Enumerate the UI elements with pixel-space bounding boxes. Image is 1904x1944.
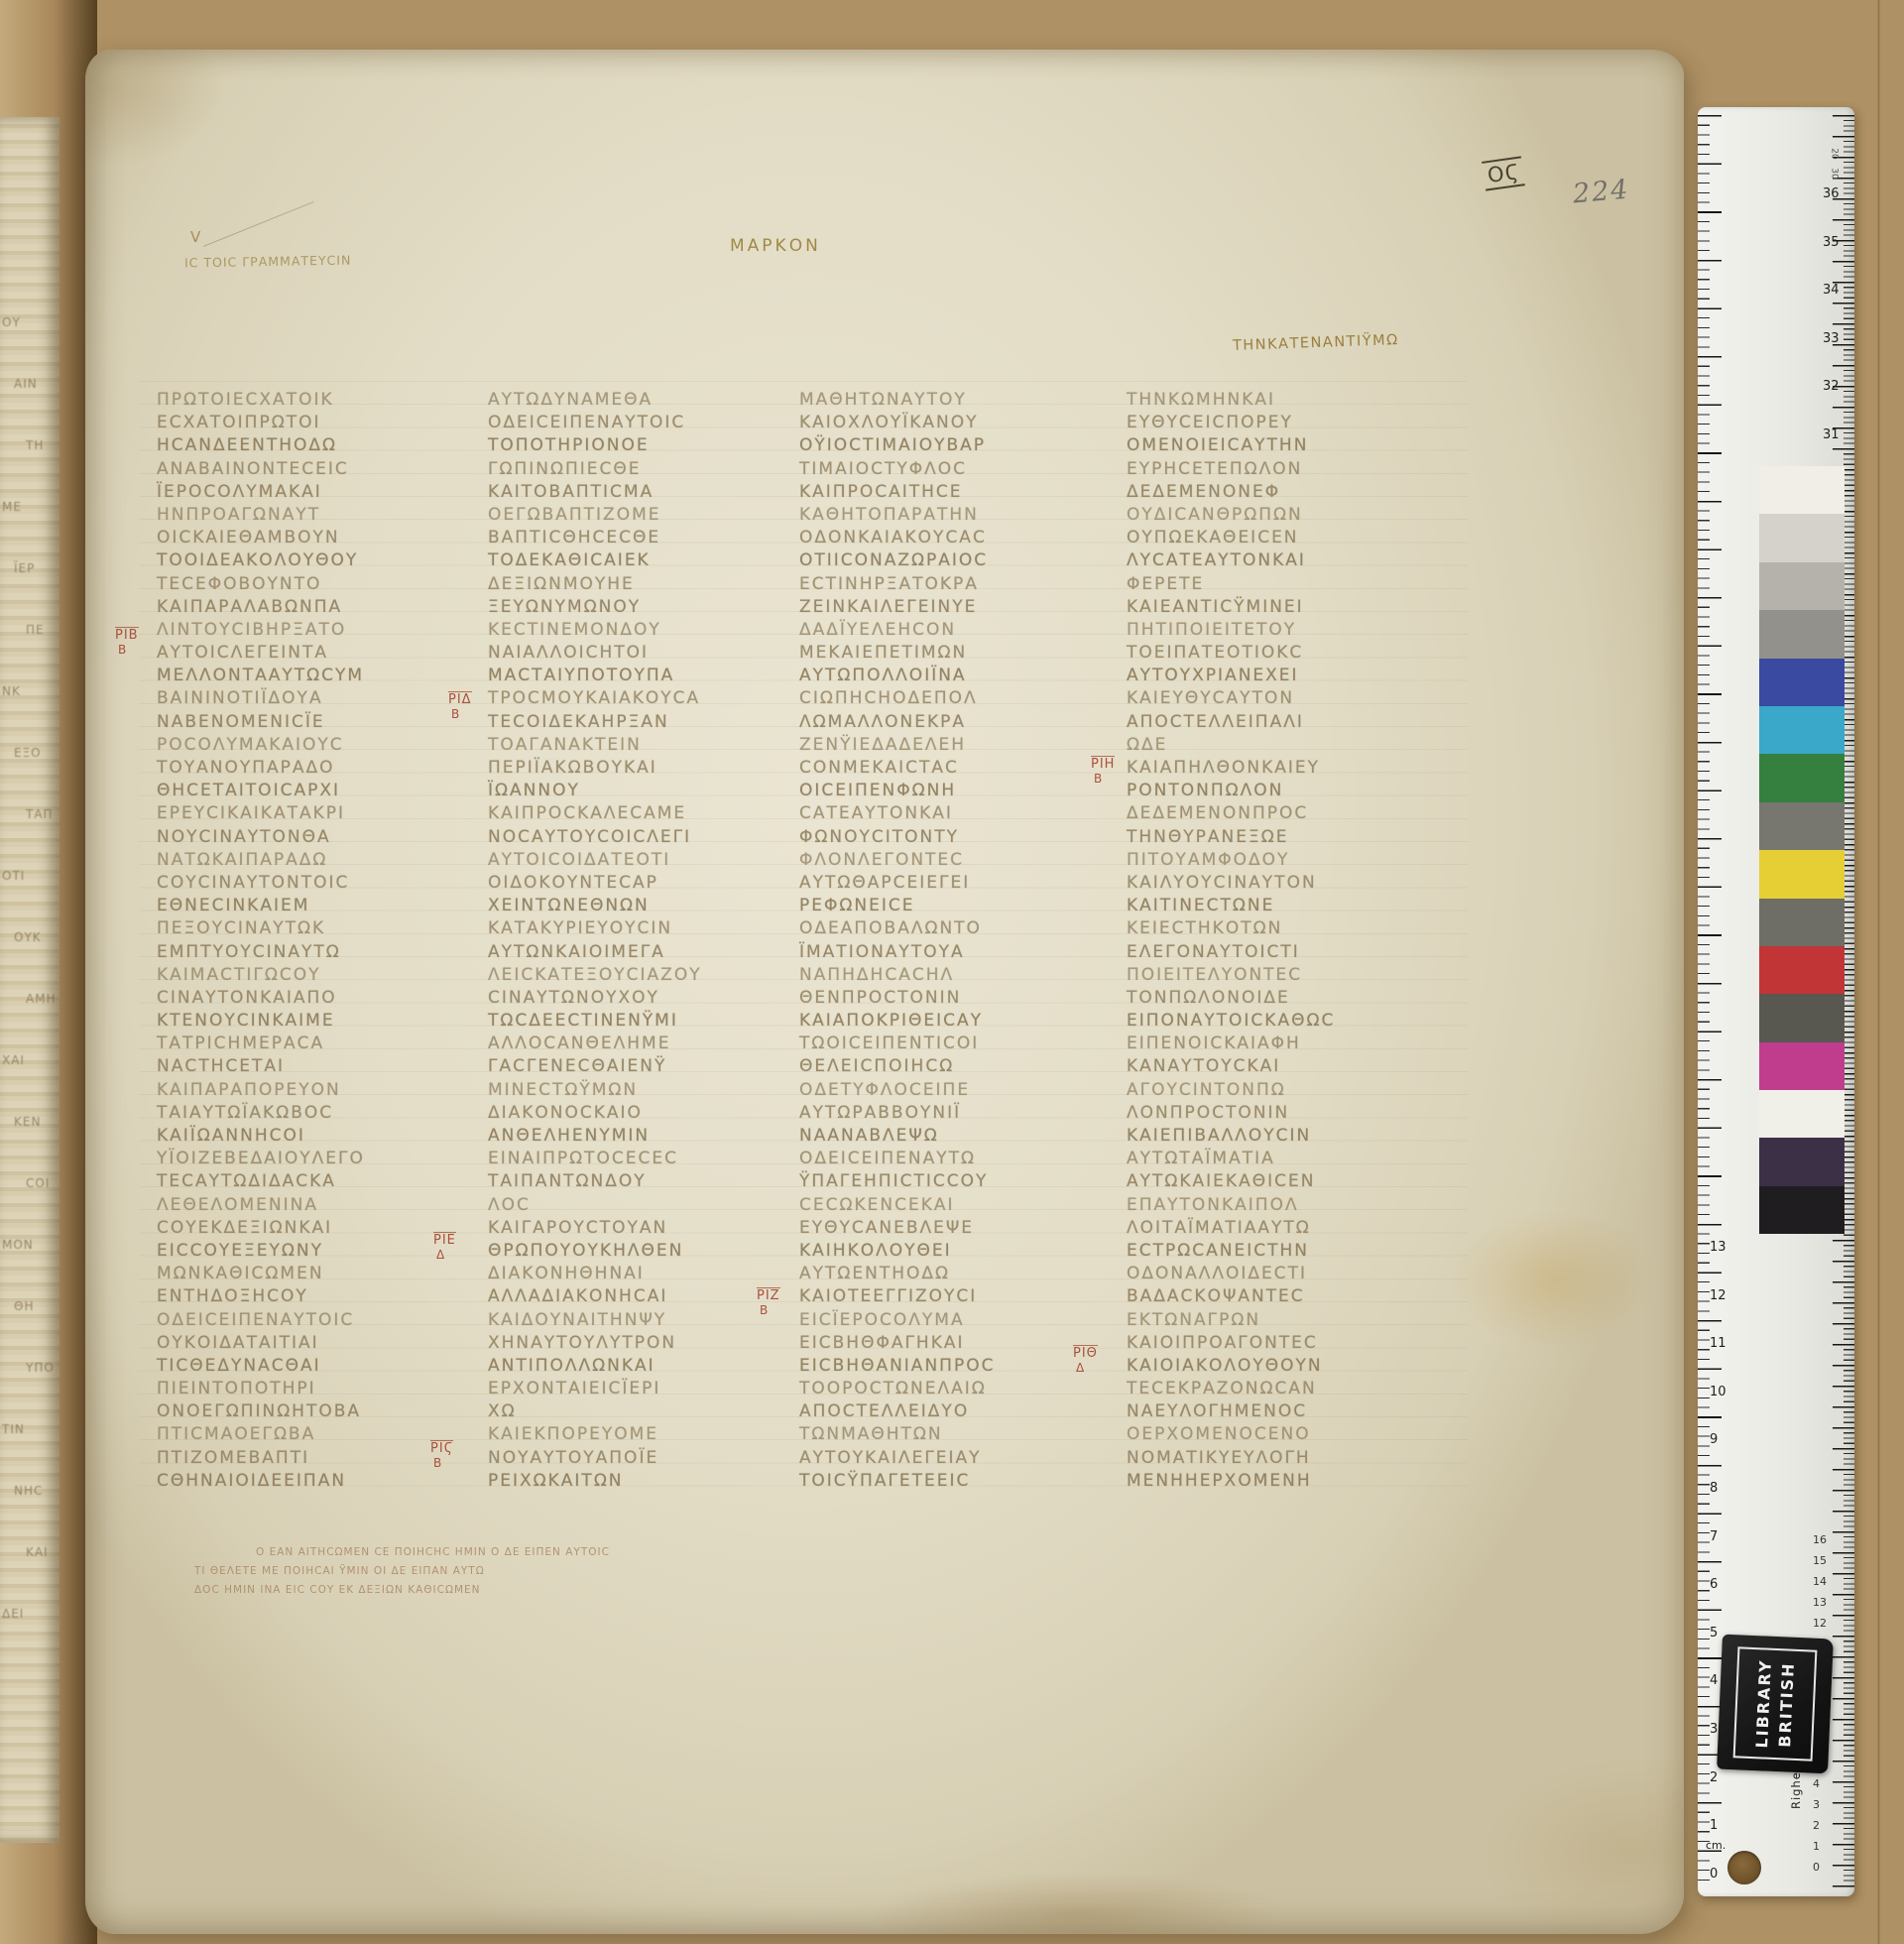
ruler-number: 33 [1823,331,1840,346]
text-line: ΖΕΝΫΙΕΔΑΔΕΛΕΗ [799,734,1115,757]
text-line: ΗΝΠΡΟΑΓΩΝΑΥΤ [157,504,472,527]
showthrough-fragment: ΜΕ [2,500,22,514]
text-line: ΕΡΕΥϹΙΚΑΙΚΑΤΑΚΡΙ [157,802,472,825]
text-line: ΒΑΙΝΙΝΟΤΙΪΔΟΥΑ [157,687,472,710]
text-line: ΤΗΝΘΥΡΑΝΕΞΩΕ [1127,826,1442,849]
text-line: ΘΕΝΠΡΟϹΤΟΝΙΝ [799,987,1115,1010]
color-patch-13 [1759,1090,1844,1138]
text-line: ΥΪΟΙΖΕΒΕΔΑΙΟΥΛΕΓΟ [157,1148,472,1170]
text-line: ΚΑΙΤΟΒΑΠΤΙϹΜΑ [488,481,803,504]
text-line: ΔΕΔΕΜΕΝΟΝΕΦ [1127,481,1442,504]
text-line: ΤΟΥΑΝΟΥΠΑΡΑΔΟ [157,757,472,780]
text-line: ΑΥΤΟΥΚΑΙΛΕΓΕΙΑΥ [799,1447,1115,1470]
text-line: ΦΩΝΟΥϹΙΤΟΝΤΥ [799,826,1115,849]
text-line: ΚΑΤΑΚΥΡΙΕΥΟΥϹΙΝ [488,917,803,940]
text-line: ΚΑΙΟΤΕΕΓΓΙΖΟΥϹΙ [799,1285,1115,1308]
text-line: ΤΑΙΑΥΤΩΪΑΚΩΒΟϹ [157,1102,472,1125]
text-line: ΕΚΤΩΝΑΓΡΩΝ [1127,1309,1442,1332]
text-line: ΤΡΟϹΜΟΥΚΑΙΑΚΟΥϹΑ [488,687,803,710]
showthrough-fragment: ΟΥΚ [14,930,42,944]
text-line: ΟΜΕΝΟΙΕΙϹΑΥΤΗΝ [1127,434,1442,457]
text-line: ΡΕΙΧΩΚΑΙΤΩΝ [488,1470,803,1493]
text-line: ΝΑΠΗΔΗϹΑϹΗΛ [799,964,1115,987]
text-line: ΤΕϹΟΙΔΕΚΑΗΡΞΑΝ [488,711,803,734]
text-line: ΚΑΙΕΠΙΒΑΛΛΟΥϹΙΝ [1127,1125,1442,1148]
text-line: ΑΥΤΩΠΟΛΛΟΙΪΝΑ [799,665,1115,687]
text-line: ϹΟΥΕΚΔΕΞΙΩΝΚΑΙ [157,1217,472,1240]
text-line: ΛΟΝΠΡΟϹΤΟΝΙΝ [1127,1102,1442,1125]
text-line: ΕΘΝΕϹΙΝΚΑΙΕΜ [157,895,472,917]
text-line: ΚΑΙΟΧΛΟΥΪΚΑΝΟΥ [799,412,1115,434]
ruler-number: 30 [1830,168,1840,179]
ruler-number: 1 [1710,1818,1718,1833]
text-line: ΚΑΙΠΡΟϹΚΑΛΕϹΑΜΕ [488,802,803,825]
text-line: ΟΕΓΩΒΑΠΤΙΖΟΜΕ [488,504,803,527]
text-line: ΜΕΚΑΙΕΠΕΤΙΜΩΝ [799,642,1115,665]
text-line: ΪΜΑΤΙΟΝΑΥΤΟΥΑ [799,941,1115,964]
ruler-number: 3 [1710,1722,1718,1737]
color-patch-0 [1759,466,1844,514]
text-line: ΑΥΤΩΡΑΒΒΟΥΝΙΪ [799,1102,1115,1125]
text-line: ΚΑΙΑΠΗΛΘΟΝΚΑΙΕΥ [1127,757,1442,780]
ruler-number: 12 [1710,1288,1726,1303]
ruler-number: 32 [1823,379,1840,394]
background-crease [1877,0,1880,1944]
text-line: ΤΗΝΚΩΜΗΝΚΑΙ [1127,389,1442,412]
text-line: ΑΛΛΟϹΑΝΘΕΛΗΜΕ [488,1033,803,1055]
text-line: ΑΝΑΒΑΙΝΟΝΤΕϹΕΙϹ [157,458,472,481]
ruler-number: 2 [1813,1819,1820,1832]
ruler-number: 10 [1710,1385,1726,1399]
text-line: ΜΑΘΗΤΩΝΑΥΤΟΥ [799,389,1115,412]
ruler-number: 15 [1813,1554,1827,1567]
ruler-number: 6 [1710,1577,1718,1592]
showthrough-fragment: ΧΑΙ [2,1053,25,1067]
text-line: ΤΙΜΑΙΟϹΤΥΦΛΟϹ [799,458,1115,481]
text-line: ΠΤΙΖΟΜΕΒΑΠΤΙ [157,1447,472,1470]
book-gutter: ΟΥΑΙΝΤΗΜΕΪΕΡΠΕΝΚΕΞΟΤΑΠΟΤΙΟΥΚΑΜΗΧΑΙΚΕΝϹΟΙ… [0,0,97,1944]
text-line: ΤΟΙϹΫΠΑΓΕΤΕΕΙϹ [799,1470,1115,1493]
text-line: ΝΟϹΑΥΤΟΥϹΟΙϹΛΕΓΙ [488,826,803,849]
ruler-number: 4 [1813,1777,1820,1790]
top-left-marginal-note: ΙϹ ΤΟΙϹ ΓΡΑΜΜΑΤΕΥϹΙΝ [184,253,352,271]
text-line: ΤΙϹΘΕΔΥΝΑϹΘΑΙ [157,1355,472,1378]
text-line: ΦΕΡΕΤΕ [1127,573,1442,596]
text-line: ΕΛΕΓΟΝΑΥΤΟΙϹΤΙ [1127,941,1442,964]
text-line: ϹΙΝΑΥΤΩΝΟΥΧΟΥ [488,987,803,1010]
text-line: ΒΑΔΑϹΚΟΨΑΝΤΕϹ [1127,1285,1442,1308]
color-patch-12 [1759,1042,1844,1090]
text-line: ΤΟΟΙΔΕΑΚΟΛΟΥΘΟΥ [157,549,472,572]
text-line: ΪΕΡΟϹΟΛΥΜΑΚΑΙ [157,481,472,504]
text-line: ΝΑΕΥΛΟΓΗΜΕΝΟϹ [1127,1400,1442,1423]
text-line: ΟΙϹΕΙΠΕΝΦΩΝΗ [799,780,1115,802]
bottom-corrector-note: Ο ΕΑΝ ΑΙΤΗϹΩΜΕΝ ϹΕ ΠΟΙΗϹΗϹ ΗΜΙΝ Ο ΔΕ ΕΙΠ… [194,1543,610,1600]
showthrough-fragment: ΟΥ [2,315,21,329]
section-mark-114: ΡΙΔΒ [448,691,472,721]
showthrough-fragment: ΔΕΙ [2,1607,24,1621]
text-line: ϹΙΝΑΥΤΟΝΚΑΙΑΠΟ [157,987,472,1010]
ruler-number: 35 [1823,235,1840,250]
manuscript-photo: ΟΥΑΙΝΤΗΜΕΪΕΡΠΕΝΚΕΞΟΤΑΠΟΤΙΟΥΚΑΜΗΧΑΙΚΕΝϹΟΙ… [0,0,1904,1944]
text-line: ΑΝΘΕΛΗΕΝΥΜΙΝ [488,1125,803,1148]
text-line: ΜΑϹΤΑΙΥΠΟΤΟΥΠΑ [488,665,803,687]
text-line: ΟΔΟΝΑΛΛΟΙΔΕϹΤΙ [1127,1263,1442,1285]
text-line: ϹΕϹΩΚΕΝϹΕΚΑΙ [799,1194,1115,1217]
ruler-number: 0 [1710,1867,1718,1882]
text-line: ΚΑΙΕΚΠΟΡΕΥΟΜΕ [488,1423,803,1446]
showthrough-fragment: ΜΟΝ [2,1238,34,1252]
british-library-label: LIBRARY BRITISH [1733,1646,1818,1761]
text-line: ΛΥϹΑΤΕΑΥΤΟΝΚΑΙ [1127,549,1442,572]
ruler-number: 7 [1710,1529,1718,1544]
text-line: ΝΑΒΕΝΟΜΕΝΙϹΪΕ [157,711,472,734]
text-line: ΚΑΙΟΙΑΚΟΛΟΥΘΟΥΝ [1127,1355,1442,1378]
showthrough-fragment: ΤΗ [26,438,44,452]
text-line: ΑΥΤΩΘΑΡϹΕΙΕΓΕΙ [799,872,1115,895]
text-line: ΔΕΞΙΩΝΜΟΥΗΕ [488,573,803,596]
text-line: ΔΙΑΚΟΝΟϹΚΑΙΟ [488,1102,803,1125]
text-line: ΚΑΙΓΑΡΟΥϹΤΟΥΑΝ [488,1217,803,1240]
text-line: ΑΥΤΩΤΑΪΜΑΤΙΑ [1127,1148,1442,1170]
text-line: ΕΥΘΥϹΕΙϹΠΟΡΕΥ [1127,412,1442,434]
text-line: ΟΙΔΟΚΟΥΝΤΕϹΑΡ [488,872,803,895]
showthrough-fragment: ΪΕΡ [14,561,35,575]
text-line: ΚΑΙΕΥΘΥϹΑΥΤΟΝ [1127,687,1442,710]
text-line: ΠΗΤΙΠΟΙΕΙΤΕΤΟΥ [1127,619,1442,642]
showthrough-fragment: ΕΞΟ [14,746,42,760]
text-line: ΝΑΙΑΛΛΟΙϹΗΤΟΙ [488,642,803,665]
text-line: ΟΕΡΧΟΜΕΝΟϹΕΝΟ [1127,1423,1442,1446]
text-line: ΚΑΙΤΙΝΕϹΤΩΝΕ [1127,895,1442,917]
showthrough-fragment: ΤΙΝ [2,1422,25,1436]
showthrough-fragment: ΥΠΟ [26,1361,55,1375]
showthrough-fragment: ΑΜΗ [26,992,57,1006]
showthrough-fragment: ΝΗϹ [14,1484,43,1498]
color-patch-7 [1759,802,1844,850]
section-mark-119: ΡΙΘΔ [1073,1345,1098,1375]
text-line: ΝΑΑΝΑΒΛΕΨΩ [799,1125,1115,1148]
ruler-number: 4 [1710,1673,1718,1688]
section-mark-115: ΡΙΕΔ [433,1232,456,1262]
text-line: ΤΑΙΠΑΝΤΩΝΔΟΥ [488,1170,803,1193]
text-line: ΔΑΔΪΥΕΛΕΗϹΟΝ [799,619,1115,642]
text-line: ΕΙΝΑΙΠΡΩΤΟϹΕϹΕϹ [488,1148,803,1170]
text-line: ΘΡΩΠΟΥΟΥΚΗΛΘΕΝ [488,1240,803,1263]
section-mark-116: ΡΙϚΒ [430,1440,453,1470]
text-line: ΕΙϹϹΟΥΕΞΕΥΩΝΥ [157,1240,472,1263]
text-line: ΫΠΑΓΕΗΠΙϹΤΙϹϹΟΥ [799,1170,1115,1193]
text-line: ϹΑΤΕΑΥΤΟΝΚΑΙ [799,802,1115,825]
text-line: ΤΕϹΕΚΡΑΖΟΝΩϹΑΝ [1127,1378,1442,1400]
text-line: ΕΙϹΒΗΘΦΑΓΗΚΑΙ [799,1332,1115,1355]
corrector-line: Ο ΕΑΝ ΑΙΤΗϹΩΜΕΝ ϹΕ ΠΟΙΗϹΗϹ ΗΜΙΝ Ο ΔΕ ΕΙΠ… [256,1543,610,1562]
text-line: ΑΥΤΩΚΑΙΕΚΑΘΙϹΕΝ [1127,1170,1442,1193]
text-line: ΒΑΠΤΙϹΘΗϹΕϹΘΕ [488,527,803,549]
text-line: ΤΟΑΓΑΝΑΚΤΕΙΝ [488,734,803,757]
text-column-4: ΤΗΝΚΩΜΗΝΚΑΙΕΥΘΥϹΕΙϹΠΟΡΕΥΟΜΕΝΟΙΕΙϹΑΥΤΗΝΕΥ… [1127,389,1442,1493]
text-line: ΟΔΕΑΠΟΒΑΛΩΝΤΟ [799,917,1115,940]
text-line: ΠΙΤΟΥΑΜΦΟΔΟΥ [1127,849,1442,872]
text-line: ΑΥΤΩΝΚΑΙΟΙΜΕΓΑ [488,941,803,964]
text-line: ΕΙΠΕΝΟΙϹΚΑΙΑΦΗ [1127,1033,1442,1055]
text-line: ΚΤΕΝΟΥϹΙΝΚΑΙΜΕ [157,1010,472,1033]
running-title: ΜΑΡΚΟΝ [730,236,821,256]
text-line: ΛΟϹ [488,1194,803,1217]
text-line: ΖΕΙΝΚΑΙΛΕΓΕΙΝΥΕ [799,596,1115,619]
text-line: ΕΡΧΟΝΤΑΙΕΙϹΪΕΡΙ [488,1378,803,1400]
text-column-2: ΑΥΤΩΔΥΝΑΜΕΘΑΟΔΕΙϹΕΙΠΕΝΑΥΤΟΙϹΤΟΠΟΤΗΡΙΟΝΟΕ… [488,389,803,1493]
color-patch-11 [1759,994,1844,1041]
text-line: ΓΩΠΙΝΩΠΙΕϹΘΕ [488,458,803,481]
text-line: ΑΥΤΟΙϹΛΕΓΕΙΝΤΑ [157,642,472,665]
showthrough-fragment: ΝΚ [2,684,21,698]
text-line: ΚΑΙΠΡΟϹΑΙΤΗϹΕ [799,481,1115,504]
text-line: ΩΔΕ [1127,734,1442,757]
text-line: ΟΙϹΚΑΙΕΘΑΜΒΟΥΝ [157,527,472,549]
text-line: ΛΟΙΤΑΪΜΑΤΙΑΑΥΤΩ [1127,1217,1442,1240]
showthrough-fragment: ΘΗ [14,1299,34,1313]
text-line: ΚΑΙΠΑΡΑΠΟΡΕΥΟΝ [157,1079,472,1102]
text-line: ΧΕΙΝΤΩΝΕΘΝΩΝ [488,895,803,917]
color-patch-14 [1759,1138,1844,1185]
text-line: ΚΑΙΛΥΟΥϹΙΝΑΥΤΟΝ [1127,872,1442,895]
text-line: ΚΑΘΗΤΟΠΑΡΑΤΗΝ [799,504,1115,527]
corrector-line: ΤΙ ΘΕΛΕΤΕ ΜΕ ΠΟΙΗϹΑΙ ΫΜΙΝ ΟΙ ΔΕ ΕΙΠΑΝ ΑΥ… [194,1562,610,1581]
text-line: ΠΟΙΕΙΤΕΛΥΟΝΤΕϹ [1127,964,1442,987]
text-line: ΕϹΧΑΤΟΙΠΡΩΤΟΙ [157,412,472,434]
showthrough-fragment: ΚΑΙ [26,1545,49,1559]
text-line: ΘΕΛΕΙϹΠΟΙΗϹΩ [799,1055,1115,1078]
text-line: ΔΙΑΚΟΝΗΘΗΝΑΙ [488,1263,803,1285]
text-line: ΟΔΕΙϹΕΙΠΕΝΑΥΤΟΙϹ [157,1309,472,1332]
text-line: ϹΙΩΠΗϹΗΟΔΕΠΟΛ [799,687,1115,710]
text-line: ΛΩΜΑΛΛΟΝΕΚΡΑ [799,711,1115,734]
text-line: ΤΑΤΡΙϹΗΜΕΡΑϹΑ [157,1033,472,1055]
text-line: ΦΛΟΝΛΕΓΟΝΤΕϹ [799,849,1115,872]
text-line: ΠΤΙϹΜΑΟΕΓΩΒΑ [157,1423,472,1446]
cm-unit-label: cm. [1706,1839,1725,1852]
text-line: ΔΕΔΕΜΕΝΟΝΠΡΟϹ [1127,802,1442,825]
text-line: ΠΕΡΙΪΑΚΩΒΟΥΚΑΙ [488,757,803,780]
text-line: ΕΥΡΗϹΕΤΕΠΩΛΟΝ [1127,458,1442,481]
text-line: ΤΩΝΜΑΘΗΤΩΝ [799,1423,1115,1446]
text-line: ΜΕΝΗΗΕΡΧΟΜΕΝΗ [1127,1470,1442,1493]
text-line: ΑΥΤΩΕΝΤΗΟΔΩ [799,1263,1115,1285]
text-line: ΑΥΤΩΔΥΝΑΜΕΘΑ [488,389,803,412]
text-line: ΚΑΙΠΑΡΑΛΑΒΩΝΠΑ [157,596,472,619]
text-line: ΚΕϹΤΙΝΕΜΟΝΔΟΥ [488,619,803,642]
text-line: ΟΥΔΙϹΑΝΘΡΩΠΩΝ [1127,504,1442,527]
color-patch-6 [1759,754,1844,801]
text-line: ΟΫΙΟϹΤΙΜΑΙΟΥΒΑΡ [799,434,1115,457]
text-line: ΑΠΟϹΤΕΛΛΕΙΠΑΛΙ [1127,711,1442,734]
color-calibration-chart [1759,466,1844,1234]
text-line: ΚΑΙΕΑΝΤΙϹΫΜΙΝΕΙ [1127,596,1442,619]
cm-tick-scale [1698,115,1724,1888]
text-line: ΟΔΕΙϹΕΙΠΕΝΑΥΤΩ [799,1148,1115,1170]
ruler-number: 20 [1830,148,1840,159]
text-line: ΛΕΙϹΚΑΤΕΞΟΥϹΙΑΖΟΥ [488,964,803,987]
text-line: ΝΑϹΤΗϹΕΤΑΙ [157,1055,472,1078]
corrector-line: ΔΟϹ ΗΜΙΝ ΙΝΑ ΕΙϹ ϹΟΥ ΕΚ ΔΕΞΙΩΝ ΚΑΘΙϹΩΜΕΝ [194,1581,610,1600]
color-patch-4 [1759,659,1844,706]
text-line: ΠΙΕΙΝΤΟΠΟΤΗΡΙ [157,1378,472,1400]
text-line: ΟΝΟΕΓΩΠΙΝΩΗΤΟΒΑ [157,1400,472,1423]
text-line: ΟΔΕΤΥΦΛΟϹΕΙΠΕ [799,1079,1115,1102]
ruler-hole [1727,1851,1761,1884]
facing-page-edge: ΟΥΑΙΝΤΗΜΕΪΕΡΠΕΝΚΕΞΟΤΑΠΟΤΙΟΥΚΑΜΗΧΑΙΚΕΝϹΟΙ… [0,117,59,1843]
section-mark-112: ΡΙΒΒ [115,627,139,657]
corrector-check-mark: V [190,228,200,246]
text-line: ΑΠΟϹΤΕΛΛΕΙΔΥΟ [799,1400,1115,1423]
text-line: ΑΥΤΟΙϹΟΙΔΑΤΕΟΤΙ [488,849,803,872]
ruler-number: 13 [1813,1596,1827,1609]
text-line: ΕΙΠΟΝΑΥΤΟΙϹΚΑΘΩϹ [1127,1010,1442,1033]
color-patch-9 [1759,899,1844,946]
ruler-number: 1 [1813,1840,1820,1853]
text-line: ΤΟΝΠΩΛΟΝΟΙΔΕ [1127,987,1442,1010]
text-line: ΤΩΟΙϹΕΙΠΕΝΤΙϹΟΙ [799,1033,1115,1055]
text-line: ΕΙϹΒΗΘΑΝΙΑΝΠΡΟϹ [799,1355,1115,1378]
text-line: ΟΤΙΙϹΟΝΑΖΩΡΑΙΟϹ [799,549,1115,572]
reference-ruler: 3635343332313029281312111098765432100123… [1698,107,1854,1896]
section-mark-118: ΡΙΗΒ [1091,756,1115,786]
text-line: ΝΑΤΩΚΑΙΠΑΡΑΔΩ [157,849,472,872]
ruler-number: 14 [1813,1575,1827,1588]
library-word: LIBRARY [1752,1658,1775,1749]
text-line: ΚΑΙΗΚΟΛΟΥΘΕΙ [799,1240,1115,1263]
text-line: ΛΙΝΤΟΥϹΙΒΗΡΞΑΤΟ [157,619,472,642]
ruler-number: 16 [1813,1533,1827,1546]
showthrough-fragment: ΟΤΙ [2,869,25,883]
text-line: ΑΓΟΥϹΙΝΤΟΝΠΩ [1127,1079,1442,1102]
quire-signature: ΟϚ [1482,156,1525,190]
ruler-number: 5 [1710,1626,1718,1640]
text-line: ΠΕΞΟΥϹΙΝΑΥΤΩΚ [157,917,472,940]
text-line: ΚΕΙΕϹΤΗΚΟΤΩΝ [1127,917,1442,940]
text-line: ΑΥΤΟΥΧΡΙΑΝΕΧΕΙ [1127,665,1442,687]
ruler-number: 0 [1813,1861,1820,1874]
ruler-number: 2 [1710,1770,1718,1785]
showthrough-fragment: ΠΕ [26,623,45,637]
color-patch-5 [1759,706,1844,754]
text-line: ΡΕΦΩΝΕΙϹΕ [799,895,1115,917]
text-line: ΚΑΝΑΥΤΟΥϹΚΑΙ [1127,1055,1442,1078]
text-line: ΝΟΥϹΙΝΑΥΤΟΝΘΑ [157,826,472,849]
british-library-tab: LIBRARY BRITISH [1717,1635,1834,1774]
text-line: ΜΩΝΚΑΘΙϹΩΜΕΝ [157,1263,472,1285]
showthrough-fragment: ΤΑΠ [26,807,54,821]
text-line: ΚΑΙΜΑϹΤΙΓΩϹΟΥ [157,964,472,987]
text-line: ϹΟΥϹΙΝΑΥΤΟΝΤΟΙϹ [157,872,472,895]
text-line: ΟΔΟΝΚΑΙΑΚΟΥϹΑϹ [799,527,1115,549]
color-patch-3 [1759,610,1844,658]
showthrough-fragment: ϹΟΙ [26,1176,50,1190]
text-line: ΚΑΙΪΩΑΝΝΗϹΟΙ [157,1125,472,1148]
text-line: ΜΙΝΕϹΤΩΫΜΩΝ [488,1079,803,1102]
text-line: ΤΕϹΑΥΤΩΔΙΔΑϹΚΑ [157,1170,472,1193]
text-line: ΝΟΜΑΤΙΚΥΕΥΛΟΓΗ [1127,1447,1442,1470]
text-line: ΕΜΠΤΥΟΥϹΙΝΑΥΤΩ [157,941,472,964]
ruler-number: 3 [1813,1798,1820,1811]
text-line: ΧΩ [488,1400,803,1423]
ruler-number: 31 [1823,427,1840,442]
text-line: ΜΕΛΛΟΝΤΑΑΥΤΩϹΥΜ [157,665,472,687]
text-line: ΚΑΙΑΠΟΚΡΙΘΕΙϹΑΥ [799,1010,1115,1033]
text-line: ΠΡΩΤΟΙΕϹΧΑΤΟΙΚ [157,389,472,412]
text-line: ΡΟϹΟΛΥΜΑΚΑΙΟΥϹ [157,734,472,757]
text-line: ΕϹΤΡΩϹΑΝΕΙϹΤΗΝ [1127,1240,1442,1263]
text-line: ϹΟΝΜΕΚΑΙϹΤΑϹ [799,757,1115,780]
showthrough-fragment: ΚΕΝ [14,1115,41,1129]
showthrough-fragment: ΑΙΝ [14,377,38,391]
text-line: ΚΑΙΟΙΠΡΟΑΓΟΝΤΕϹ [1127,1332,1442,1355]
ruler-number: 8 [1710,1481,1718,1496]
text-line: ΕϹΤΙΝΗΡΞΑΤΟΚΡΑ [799,573,1115,596]
text-line: ΟΥΚΟΙΔΑΤΑΙΤΙΑΙ [157,1332,472,1355]
text-line: ΤΟΔΕΚΑΘΙϹΑΙΕΚ [488,549,803,572]
section-mark-117: ΡΙΖΒ [757,1287,780,1317]
text-column-3: ΜΑΘΗΤΩΝΑΥΤΟΥΚΑΙΟΧΛΟΥΪΚΑΝΟΥΟΫΙΟϹΤΙΜΑΙΟΥΒΑ… [799,389,1115,1493]
text-line: ΕΥΘΥϹΑΝΕΒΛΕΨΕ [799,1217,1115,1240]
text-line: ΟΥΠΩΕΚΑΘΕΙϹΕΝ [1127,527,1442,549]
text-line: ΕΠΑΥΤΟΝΚΑΙΠΟΛ [1127,1194,1442,1217]
text-line: ΤΕϹΕΦΟΒΟΥΝΤΟ [157,573,472,596]
ruler-number: 11 [1710,1336,1726,1351]
text-line: ΑΝΤΙΠΟΛΛΩΝΚΑΙ [488,1355,803,1378]
color-patch-8 [1759,850,1844,898]
ruler-number: 12 [1813,1617,1827,1630]
text-line: ΡΟΝΤΟΝΠΩΛΟΝ [1127,780,1442,802]
color-patch-15 [1759,1186,1844,1234]
color-patch-1 [1759,514,1844,561]
text-line: ΤΩϹΔΕΕϹΤΙΝΕΝΫΜΙ [488,1010,803,1033]
text-line: ΝΟΥΑΥΤΟΥΑΠΟΪΕ [488,1447,803,1470]
text-line: ΞΕΥΩΝΥΜΩΝΟΥ [488,596,803,619]
library-word: BRITISH [1775,1661,1798,1748]
text-line: ΛΕΘΕΛΟΜΕΝΙΝΑ [157,1194,472,1217]
text-line: ΧΗΝΑΥΤΟΥΛΥΤΡΟΝ [488,1332,803,1355]
text-line: ΟΔΕΙϹΕΙΠΕΝΑΥΤΟΙϹ [488,412,803,434]
text-column-1: ΠΡΩΤΟΙΕϹΧΑΤΟΙΚΕϹΧΑΤΟΙΠΡΩΤΟΙΗϹΑΝΔΕΕΝΤΗΟΔΩ… [157,389,472,1493]
text-line: ΤΟΠΟΤΗΡΙΟΝΟΕ [488,434,803,457]
text-line: ΘΗϹΕΤΑΙΤΟΙϹΑΡΧΙ [157,780,472,802]
text-line: ΕΙϹΪΕΡΟϹΟΛΥΜΑ [799,1309,1115,1332]
text-line: ΤΟΕΙΠΑΤΕΟΤΙΟΚϹ [1127,642,1442,665]
ruler-number: 13 [1710,1240,1726,1255]
text-line: ΕΝΤΗΔΟΞΗϹΟΥ [157,1285,472,1308]
ruler-number: 34 [1823,283,1840,298]
text-line: ϹΘΗΝΑΙΟΙΔΕΕΙΠΑΝ [157,1470,472,1493]
text-line: ΓΑϹΓΕΝΕϹΘΑΙΕΝΫ [488,1055,803,1078]
ruler-number: 36 [1823,186,1840,201]
ruler-number: 9 [1710,1432,1718,1447]
folio-number-pencil: 224 [1572,175,1631,210]
color-patch-10 [1759,946,1844,994]
text-line: ΗϹΑΝΔΕΕΝΤΗΟΔΩ [157,434,472,457]
text-line: ΤΟΟΡΟϹΤΩΝΕΛΑΙΩ [799,1378,1115,1400]
color-patch-2 [1759,562,1844,610]
text-line: ΪΩΑΝΝΟΥ [488,780,803,802]
